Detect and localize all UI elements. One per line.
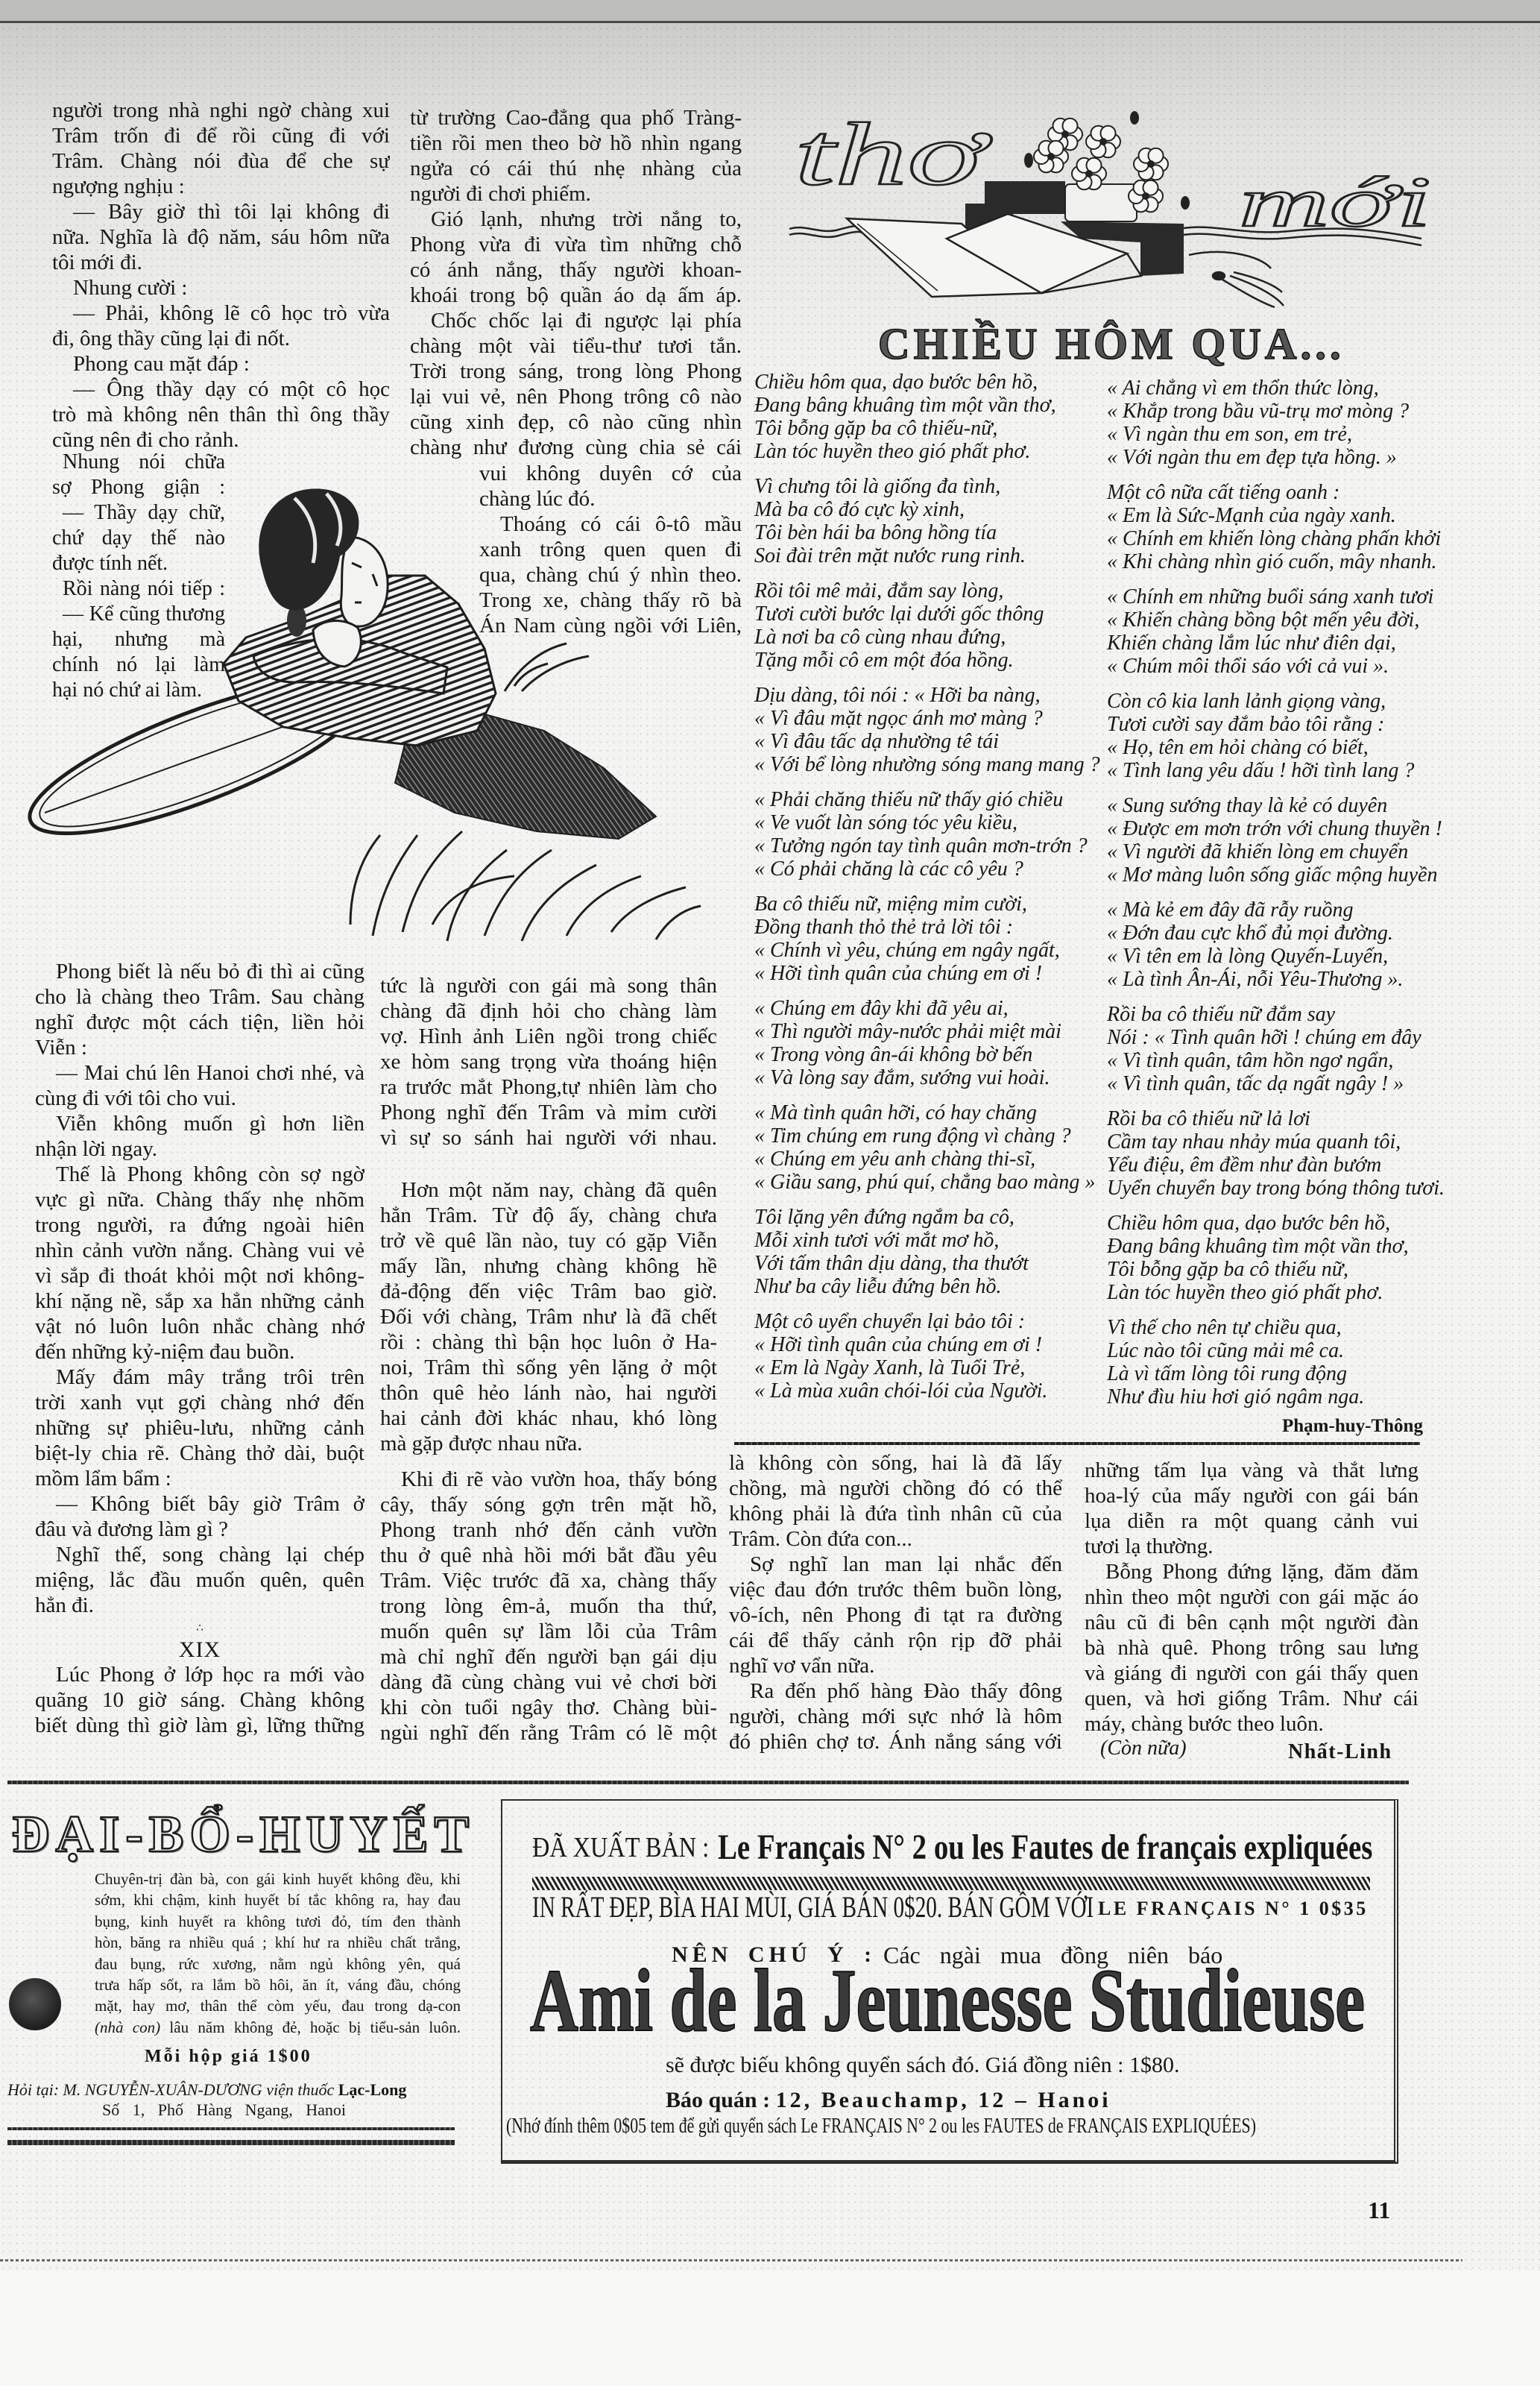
text-line: hai cảnh đời khác nhau, khó lòng [380,1406,717,1431]
ad-price: Mỗi hộp giá 1$00 [145,2047,312,2066]
story-bottom-column-1: Phong biết là nếu bỏ đi thì ai cũngcho l… [35,959,365,1738]
text-line: mà gặp được nhau nữa. [380,1431,717,1456]
verse-line: Tươi cười bước lại dưới gốc thông [754,602,1100,626]
verse-line: Làn tóc huyền theo gió phất phơ. [754,440,1100,463]
ad-address: Số 1, Phố Hàng Ngang, Hanoi [102,2100,346,2120]
text-line: Đối với chàng, Trâm như là đã chết [380,1304,717,1329]
ad-body-line: đau bụng, rức xương, nằm ngủ không yên, … [95,1954,461,1974]
verse-line: Chiều hôm qua, dạo bước bên hồ, [754,371,1100,394]
text-line: việc đau đớn trước thêm buồn lòng, [729,1577,1062,1602]
text-line: hẳn đi. [35,1593,365,1618]
page-number: 11 [1368,2198,1390,2222]
text-line: — Phải, không lẽ cô học trò vừa [52,300,390,326]
newspaper-page: { "page": { "number": "11" }, "story": {… [0,0,1540,2386]
verse-line: Cầm tay nhau nhảy múa quanh tôi, [1107,1130,1445,1153]
text-line: có ánh nắng, thấy người khoan- [410,257,742,283]
paragraph: tức là người con gái mà song thânchàng đ… [380,973,717,1150]
text-line: chàng một vài tiểu-thư tươi tắn. [410,333,742,359]
text-line: tôi mới đi. [52,250,390,275]
text-line: — Bây giờ thì tôi lại không đi [52,199,390,224]
verse-line: « Vì tên em là lòng Quyến-Luyến, [1107,945,1445,968]
text-line: mấy lần, nhưng chàng không hề [380,1253,717,1279]
verse-line: « Em là Ngày Xanh, là Tuổi Trẻ, [754,1356,1100,1379]
story-top-column-1: người trong nhà nghi ngờ chàng xuiTrâm t… [52,98,390,453]
text-line: Ra đến phố hàng Đào thấy đông [729,1678,1062,1704]
text-line: Trâm. Việc trước đã xa, chàng thấy [380,1568,717,1593]
text-line: lụa diễn ra một quang cảnh vui [1085,1508,1418,1534]
pill-dot-icon [9,1978,61,2030]
text-line: hoa-lý của mấy người con gái bán [1085,1483,1418,1508]
text-line: trong người, ra đứng ngoài hiên [35,1212,365,1238]
stanza: « Phải chăng thiếu nữ thấy gió chiều« Ve… [754,788,1100,881]
verse-line: « Vì đâu mặt ngọc ánh mơ màng ? [754,707,1100,730]
text-line: ngượng nghịu : [52,174,390,199]
text-line: Nghĩ thế, song chàng lại chép [35,1542,365,1567]
text-line: trời xanh vụt gợi chàng nhớ đến [35,1390,365,1415]
story-top-column-2: từ trường Cao-đẳng qua phố Tràng-tiền rồ… [410,105,742,460]
poem-column-1: Chiều hôm qua, dạo bước bên hồ,Đang bâng… [754,371,1100,1414]
text-line: Trời trong sáng, trong lòng Phong [410,359,742,384]
poem-bottom-rule [734,1442,1420,1445]
verse-line: « Là mùa xuân chói-lói của Người. [754,1379,1100,1403]
verse-line: Tôi bỗng gặp ba cô thiếu-nữ, [754,417,1100,440]
poem-title: CHIỀU HÔM QUA... [878,322,1345,366]
verse-line: « Đớn đau cực khổ đủ mọi đường. [1107,922,1445,945]
book-title: Le Français N° 2 ou les Fautes de frança… [718,1830,1372,1866]
text-line: trở về quê lần nào, tuy có gặp Viễn [380,1228,717,1253]
text-line: tươi lạ thường. [1085,1534,1418,1559]
poem-author: Phạm-huy-Thông [1282,1414,1423,1439]
poetry-header-art: thơ mới [783,89,1506,313]
office-address: Báo quán : 12, Beauchamp, 12 – Hanoi [666,2089,1111,2112]
story-author: Nhất-Linh [1288,1740,1392,1765]
text-line: Viễn : [35,1035,365,1060]
verse-line: Tôi bèn hái ba bông hồng tía [754,521,1100,544]
verse-line: « Có phải chăng là các cô yêu ? [754,857,1100,881]
text-line: nữa. Nghĩa là độ năm, sáu hôm nữa [52,224,390,250]
paragraph: Thế là Phong không còn sợ ngờvực gì nữa.… [35,1162,365,1364]
ad-contact-shop: Lạc-Long [334,2080,406,2099]
verse-line: « Tình lang yêu dấu ! hỡi tình lang ? [1107,759,1445,782]
verse-line: « Với bể lòng nhường sóng mang mang ? [754,753,1100,776]
text-line: Hơn một năm nay, chàng đã quên [380,1177,717,1203]
text-line: máy, chàng bước theo luôn. [1085,1711,1418,1737]
verse-line: Tặng mỗi cô em một đóa hồng. [754,649,1100,672]
paragraph: Lúc Phong ở lớp học ra mới vàoquãng 10 g… [35,1662,365,1738]
story-bottom-column-1-chapter-text: Lúc Phong ở lớp học ra mới vàoquãng 10 g… [35,1662,365,1738]
text-line: quen, và hơi giống Trâm. Như cái [1085,1686,1418,1711]
verse-line: Tôi lặng yên đứng ngắm ba cô, [754,1206,1100,1229]
stanza: Một cô nữa cất tiếng oanh :« Em là Sức-M… [1107,481,1445,573]
text-line: ngùi nghĩ đến rằng Trâm có lẽ một [380,1720,717,1746]
text-line: những sự phiêu-lưu, những cảnh [35,1415,365,1441]
text-line: vô-ích, nên Phong đi tạt ra đường [729,1602,1062,1628]
stanza: « Ai chẳng vì em thổn thức lòng,« Khắp t… [1107,377,1445,469]
text-line: chàng đã định hỏi cho chàng làm [380,998,717,1024]
ad-body-text: lâu năm không đẻ, hoặc bị tiểu-sản luôn. [160,2018,461,2036]
text-line: đó phiên chợ tơ. Ánh nắng sáng với [729,1729,1062,1754]
text-line: xe hòm sang trọng vừa thoáng hiện [380,1049,717,1074]
text-line: người, chàng mới sực nhớ là hôm [729,1704,1062,1729]
verse-line: Mỗi xinh tươi với mắt mơ hồ, [754,1229,1100,1252]
paragraph: Ra đến phố hàng Đào thấy đôngngười, chàn… [729,1678,1062,1754]
verse-line: « Em là Sức-Mạnh của ngày xanh. [1107,504,1445,527]
text-line: Lúc Phong ở lớp học ra mới vào [35,1662,365,1687]
text-line: mà chỉ nghĩ đến người bạn gái dịu [380,1644,717,1669]
text-line: Nhung cười : [52,275,390,300]
verse-line: « Chúm môi thổi sáo với cả vui ». [1107,655,1445,678]
verse-line: Làn tóc huyền theo gió phất phơ. [1107,1281,1445,1304]
verse-line: « Mà tình quân hỡi, có hay chăng [754,1101,1100,1124]
ads-top-rule [7,1781,1409,1784]
publication-name: Ami de la Jeunesse Studieuse [530,1956,1365,2045]
stanza: « Chính em những buổi sáng xanh tươi« Kh… [1107,585,1445,678]
verse-line: Đồng thanh thỏ thẻ trả lời tôi : [754,916,1100,939]
text-line: đả-động đến việc Trâm bao giờ. [380,1279,717,1304]
ad-body-line: mặt, hay mơ, thân thể còm yếu, đau trong… [95,1995,461,2016]
paragraph: những tấm lụa vàng và thắt lưnghoa-lý củ… [1085,1458,1418,1559]
ad-rule [7,2140,455,2145]
office-label: Báo quán : [666,2088,776,2112]
postage-note: (Nhớ đính thêm 0$05 tem để gửi quyển sác… [506,2116,1256,2137]
verse-line: Chiều hôm qua, dạo bước bên hồ, [1107,1212,1445,1235]
verse-line: « Mà kẻ em đây đã rẫy ruồng [1107,898,1445,922]
text-line: đâu và đương làm gì ? [35,1517,365,1542]
verse-line: « Là tình Ân-Ái, nỗi Yêu-Thương ». [1107,968,1445,991]
stanza: Vì chưng tôi là giống đa tình,Mà ba cô đ… [754,475,1100,567]
verse-line: Yểu điệu, êm đềm như đàn bướm [1107,1153,1445,1177]
verse-line: « Vì người đã khiến lòng em chuyển [1107,840,1445,863]
text-line: cây, thấy sóng gợn trên mặt hồ, [380,1492,717,1517]
to-be-continued-label: (Còn nữa) [1100,1736,1187,1761]
text-line: cho là chàng theo Trâm. Sau chàng [35,984,365,1010]
paragraph: — Không biết bây giờ Trâm ởđâu và đương … [35,1491,365,1542]
text-line: Phong tranh nhớ đến cảnh vườn [380,1517,717,1543]
verse-line: Vì thế cho nên tự chiều qua, [1107,1316,1445,1339]
chapter-number: XIX [35,1638,365,1662]
text-line: nghĩ được một cách tiện, liền hỏi [35,1010,365,1035]
text-line: người đi chơi phiếm. [410,181,742,207]
text-line: người trong nhà nghi ngờ chàng xui [52,98,390,123]
verse-line: Với tấm thân dịu dàng, tha thướt [754,1252,1100,1275]
verse-line: Một cô nữa cất tiếng oanh : [1107,481,1445,504]
verse-line: Mà ba cô đó cực kỳ xinh, [754,498,1100,521]
stanza: Chiều hôm qua, dạo bước bên hồ,Đang bâng… [1107,1212,1445,1304]
story-bottom-column-1-text: Phong biết là nếu bỏ đi thì ai cũngcho l… [35,959,365,1618]
text-line: đi, ông thầy cũng lại đi nốt. [52,326,390,351]
verse-line: Dịu dàng, tôi nói : « Hỡi ba nàng, [754,684,1100,707]
book-bundle-price: LE FRANÇAIS N° 1 0$35 [1098,1899,1369,1918]
verse-line: « Hỡi tình quân của chúng em ơi ! [754,962,1100,985]
paragraph: Khi đi rẽ vào vườn hoa, thấy bóngcây, th… [380,1467,717,1746]
text-line: tiền rồi men theo bờ hồ nhìn ngang [410,130,742,156]
verse-line: « Tưởng ngón tay tình quân mơn-trớn ? [754,834,1100,857]
paragraph: Viễn không muốn gì hơn liềnnhận lời ngay… [35,1111,365,1162]
paragraph: Phong biết là nếu bỏ đi thì ai cũngcho l… [35,959,365,1060]
text-line: — Mai chú lên Hanoi chơi nhé, và [35,1060,365,1086]
stanza: Còn cô kia lanh lảnh giọng vàng,Tươi cườ… [1107,690,1445,782]
verse-line: Uyển chuyển bay trong bóng thông tươi. [1107,1177,1445,1200]
verse-line: Đang bâng khuâng tìm một vần thơ, [1107,1235,1445,1258]
text-line: Gió lạnh, nhưng trời nắng to, [410,207,742,232]
verse-line: « Chúng em đây khi đã yêu ai, [754,997,1100,1020]
story-bottom-column-2: tức là người con gái mà song thânchàng đ… [380,973,717,1746]
verse-line: Vì chưng tôi là giống đa tình, [754,475,1100,498]
paragraph: Bỗng Phong đứng lặng, đăm đămnhìn theo m… [1085,1559,1418,1737]
text-line: Mấy đám mây trắng trôi trên [35,1364,365,1390]
verse-line: « Khiến chàng bồng bột mến yêu đời, [1107,608,1445,632]
stanza: Tôi lặng yên đứng ngắm ba cô,Mỗi xinh tư… [754,1206,1100,1298]
paragraph: Hơn một năm nay, chàng đã quênhẳn Trâm. … [380,1177,717,1456]
verse-line: « Giầu sang, phú quí, chẳng bao màng » [754,1171,1100,1194]
vase-shape [1065,184,1137,221]
verse-line: Như đìu hiu hơi gió ngâm nga. [1107,1385,1445,1408]
verse-line: « Vì đâu tấc dạ nhường tê tái [754,730,1100,753]
verse-line: Lúc nào tôi cũng mải mê ca. [1107,1339,1445,1362]
text-line: thu ở quê nhà hồi mới bắt đầu yêu [380,1543,717,1568]
verse-line: « Tim chúng em rung động vì chàng ? [754,1124,1100,1148]
verse-line: « Và lòng say đắm, sướng vui hoài. [754,1066,1100,1089]
verse-line: Còn cô kia lanh lảnh giọng vàng, [1107,690,1445,713]
text-line: noi, Trâm thì sống yên lặng ở một [380,1355,717,1380]
text-line: nâu cũ đi bên cạnh một người đàn [1085,1610,1418,1635]
paragraph: — Bây giờ thì tôi lại không đinữa. Nghĩa… [52,199,390,275]
page-top-rule [0,21,1540,23]
page-margin-bottom [0,2270,1540,2386]
text-line: Trâm trốn đi để rồi cũng đi với [52,123,390,148]
verse-line: Tôi bỗng gặp ba cô thiếu nữ, [1107,1258,1445,1281]
paragraph: Nghĩ thế, song chàng lại chépmiệng, lắc … [35,1542,365,1618]
stanza: Ba cô thiếu nữ, miệng mỉm cười,Đồng than… [754,893,1100,985]
text-line: Thế là Phong không còn sợ ngờ [35,1162,365,1187]
verse-line: Rồi tôi mê mải, đắm say lòng, [754,579,1100,602]
text-line: nhìn cảnh vườn nắng. Chàng vui vẻ [35,1238,365,1263]
story-bottom-column-4: những tấm lụa vàng và thắt lưnghoa-lý củ… [1085,1458,1418,1737]
paragraph: — Mai chú lên Hanoi chơi nhé, vàcùng đi … [35,1060,365,1111]
text-line: tức là người con gái mà song thân [380,973,717,998]
verse-line: « Vì tình quân, tâm hồn ngơ ngẩn, [1107,1049,1445,1072]
paragraph: từ trường Cao-đẳng qua phố Tràng-tiền rồ… [410,105,742,207]
ad-body-line: hòn, băng ra nhiều quá ; khí hư ra nhiều… [95,1932,461,1953]
published-label: ĐÃ XUẤT BẢN : [532,1833,709,1862]
ad-body-line: (nhà con) lâu năm không đẻ, hoặc bị tiểu… [95,2017,461,2038]
text-line: — Không biết bây giờ Trâm ở [35,1491,365,1517]
ad-contact: Hỏi tại: M. NGUYỄN-XUÂN-DƯƠNG viện thuốc… [7,2080,406,2100]
text-line: thôn quê hẻo lánh nào, hai người [380,1380,717,1406]
verse-line: « Hỡi tình quân của chúng em ơi ! [754,1333,1100,1356]
verse-line: « Ai chẳng vì em thổn thức lòng, [1107,377,1445,400]
text-line: vì sự so sánh hai người với nhau. [380,1125,717,1150]
text-line: nhận lời ngay. [35,1136,365,1162]
text-line: Sợ nghĩ lan man lại nhắc đến [729,1552,1062,1577]
text-line: nhìn theo một người con gái mặc áo [1085,1584,1418,1610]
verse-line: « Được em mơn trớn với chung thuyền ! [1107,817,1445,840]
verse-line: « Phải chăng thiếu nữ thấy gió chiều [754,788,1100,811]
text-line: Viễn không muốn gì hơn liền [35,1111,365,1136]
stanza: Vì thế cho nên tự chiều qua,Lúc nào tôi … [1107,1316,1445,1408]
ad-body-line: bụng, kinh huyết ra không tươi đỏ, tím đ… [95,1911,461,1932]
stanza: « Mà tình quân hỡi, có hay chăng« Tim ch… [754,1101,1100,1194]
text-line: và giáng đi người con gái thấy quen [1085,1661,1418,1686]
header-script-word-moi: mới [1239,162,1431,242]
text-line: nghĩ vơ vẩn nữa. [729,1653,1062,1678]
text-line: khoái trong bộ quần áo dạ ấm áp. [410,283,742,308]
text-line: chồng, mà người chồng đó có thể [729,1476,1062,1501]
poem-column-2: « Ai chẳng vì em thổn thức lòng,« Khắp t… [1107,377,1445,1420]
text-line: ra trước mắt Phong,tự nhiên làm cho [380,1074,717,1100]
page-bottom-rule [0,2259,1462,2261]
stanza: Rồi tôi mê mải, đắm say lòng,Tươi cười b… [754,579,1100,672]
subscription-offer: sẽ được biếu không quyển sách đó. Giá đồ… [666,2054,1180,2077]
verse-line: « Chính em khiến lòng chàng phấn khởi [1107,527,1445,550]
ad-title: ĐẠI-BỔ-HUYẾT [12,1809,475,1861]
paragraph: là không còn sống, hai là đã lấychồng, m… [729,1450,1062,1552]
office-street: 12, Beauchamp, 12 – Hanoi [776,2088,1111,2112]
verse-line: « Vì ngàn thu em son, em trẻ, [1107,423,1445,446]
paragraph: — Phải, không lẽ cô học trò vừađi, ông t… [52,300,390,351]
verse-line: Rồi ba cô thiếu nữ lả lơi [1107,1107,1445,1130]
text-line: trong lòng êm-ả, muốn tha thứ, [380,1593,717,1619]
verse-line: « Trong vòng ân-ái không bờ bến [754,1043,1100,1066]
text-line: vật nó luôn luôn nhắc chàng nhớ [35,1314,365,1339]
text-line: vì sắp đi thoát khỏi một nơi không- [35,1263,365,1288]
verse-line: Một cô uyển chuyển lại bảo tôi : [754,1310,1100,1333]
stanza: « Sung sướng thay là kẻ có duyên« Được e… [1107,794,1445,887]
ad-contact-person: Hỏi tại: M. NGUYỄN-XUÂN-DƯƠNG viện thuốc [7,2080,334,2099]
text-line: lại vui vẻ, nên Phong trông cô nào [410,384,742,409]
verse-line: Nói : « Tình quân hỡi ! chúng em đây [1107,1026,1445,1049]
text-line: Bỗng Phong đứng lặng, đăm đăm [1085,1559,1418,1584]
ad-body-italic: (nhà con) [95,2018,160,2036]
verse-line: Soi đài trên mặt nước rung rinh. [754,544,1100,567]
text-line: Phong cau mặt đáp : [52,351,390,377]
text-line: rồi : chàng thì bận học luôn ở Ha- [380,1329,717,1355]
verse-line: Khiến chàng lắm lúc như điên dại, [1107,632,1445,655]
text-line: là không còn sống, hai là đã lấy [729,1450,1062,1476]
text-line: khi còn tuổi ngây thơ. Chàng bùi- [380,1695,717,1720]
verse-line: Tươi cười say đắm bảo tôi rằng : [1107,713,1445,736]
story-bottom-column-3: là không còn sống, hai là đã lấychồng, m… [729,1450,1062,1754]
text-line: miệng, lắc đầu muốn quên, quên [35,1567,365,1593]
stanza: Một cô uyển chuyển lại bảo tôi :« Hỡi tì… [754,1310,1100,1403]
text-line: khí nặng nề, sắp xa hẳn những cảnh [35,1288,365,1314]
text-line: vực gì nữa. Chàng thấy nhẹ nhõm [35,1187,365,1212]
text-line: hẳn Trâm. Từ độ ấy, chàng chưa [380,1203,717,1228]
text-line: biệt-ly chia rẽ. Chàng thở dài, buột [35,1441,365,1466]
hatched-rule [532,1877,1370,1890]
text-line: bà nhà quê. Phong trông sau lưng [1085,1635,1418,1661]
verse-line: « Khắp trong bầu vũ-trụ mơ mòng ? [1107,400,1445,423]
text-line: dàng đã cùng chàng vui vẻ chơi bời [380,1669,717,1695]
text-line: Chốc chốc lại đi ngược lại phía [410,308,742,333]
stanza: Rồi ba cô thiếu nữ lả lơiCầm tay nhau nh… [1107,1107,1445,1200]
ami-jeunesse-advertisement: ĐÃ XUẤT BẢN : Le Français N° 2 ou les Fa… [501,1799,1398,2164]
section-ornament: ∴ [35,1618,365,1638]
stanza: Rồi ba cô thiếu nữ đắm sayNói : « Tình q… [1107,1003,1445,1095]
verse-line: Đang bâng khuâng tìm một vần thơ, [754,394,1100,417]
text-line: đến những kỷ-niệm đau buồn. [35,1339,365,1364]
ad-body-line: sớm, khi chậm, kinh huyết bí tắc không r… [95,1889,461,1910]
text-line: từ trường Cao-đẳng qua phố Tràng- [410,105,742,130]
text-line: Phong biết là nếu bỏ đi thì ai cũng [35,959,365,984]
verse-line: « Thì người mây-nước phải miệt mài [754,1020,1100,1043]
verse-line: « Khi chàng nhìn gió cuốn, mây nhanh. [1107,550,1445,573]
text-line: Phong vừa đi vừa tìm những chỗ [410,232,742,257]
scan-top-edge [0,0,1540,21]
stanza: « Mà kẻ em đây đã rẫy ruồng« Đớn đau cực… [1107,898,1445,991]
paragraph: người trong nhà nghi ngờ chàng xuiTrâm t… [52,98,390,199]
text-line: cùng đi với tôi cho vui. [35,1086,365,1111]
text-line: mồm lẩm bẩm : [35,1466,365,1491]
verse-line: Ba cô thiếu nữ, miệng mỉm cười, [754,893,1100,916]
text-line: ngửa có cái thú nhẹ nhàng của [410,156,742,181]
text-line: muốn quên sự lầm lỗi của Trâm [380,1619,717,1644]
text-line: Trâm. Còn đứa con... [729,1526,1062,1552]
verse-line: Như ba cây liễu đứng bên hồ. [754,1275,1100,1298]
verse-line: « Với ngàn thu em đẹp tựa hồng. » [1107,446,1445,469]
verse-line: « Chúng em yêu anh chàng thi-sĩ, [754,1148,1100,1171]
text-line: Khi đi rẽ vào vườn hoa, thấy bóng [380,1467,717,1492]
verse-line: Rồi ba cô thiếu nữ đắm say [1107,1003,1445,1026]
tassel [1189,252,1284,307]
verse-line: « Họ, tên em hỏi chàng có biết, [1107,736,1445,759]
verse-line: « Chính vì yêu, chúng em ngây ngất, [754,939,1100,962]
header-script-word-tho: thơ [795,104,992,204]
paragraph: Gió lạnh, nhưng trời nắng to,Phong vừa đ… [410,207,742,308]
paragraph: Mấy đám mây trắng trôi trêntrời xanh vụt… [35,1364,365,1491]
dai-bo-huyet-advertisement: ĐẠI-BỔ-HUYẾT Chuyên-trị đàn bà, con gái … [0,1804,477,2162]
text-line: biết dùng thì giờ làm gì, lững thững [35,1713,365,1738]
ad-body-line: Chuyên-trị đàn bà, con gái kinh huyết kh… [95,1869,461,1889]
text-line: quãng 10 giờ sáng. Chàng không [35,1687,365,1713]
paragraph: Nhung cười : [52,275,390,300]
paragraph: Sợ nghĩ lan man lại nhắc đếnviệc đau đớn… [729,1552,1062,1678]
stanza: Dịu dàng, tôi nói : « Hỡi ba nàng,« Vì đ… [754,684,1100,776]
stanza: « Chúng em đây khi đã yêu ai,« Thì người… [754,997,1100,1089]
text-line: Phong nghĩ đến Trâm và mỉm cười [380,1100,717,1125]
verse-line: « Sung sướng thay là kẻ có duyên [1107,794,1445,817]
ad-rule [7,2127,455,2130]
verse-line: « Mơ màng luôn sống giấc mộng huyền [1107,863,1445,887]
verse-line: « Chính em những buổi sáng xanh tươi [1107,585,1445,608]
woman-in-grass-illustration [0,410,716,947]
text-line: những tấm lụa vàng và thắt lưng [1085,1458,1418,1483]
ad-body-line: trưa hấp sốt, ra lắm bồ hôi, ăn ít, váng… [95,1974,461,1995]
verse-line: « Vì tình quân, tấc dạ ngất ngây ! » [1107,1072,1445,1095]
verse-line: « Ve vuốt làn sóng tóc yêu kiều, [754,811,1100,834]
paragraph: Phong cau mặt đáp : [52,351,390,377]
ad-body: Chuyên-trị đàn bà, con gái kinh huyết kh… [95,1869,461,2038]
text-line: vợ. Hình ảnh Liên ngồi trong chiếc [380,1024,717,1049]
text-line: cái để thấy cảnh rộn rịp đỡ phải [729,1628,1062,1653]
face-shape [341,537,388,626]
stanza: Chiều hôm qua, dạo bước bên hồ,Đang bâng… [754,371,1100,463]
verse-line: Là vì tấm lòng tôi rung động [1107,1362,1445,1385]
book-details: IN RẤT ĐẸP, BÌA HAI MÙI, GIÁ BÁN 0$20. B… [532,1892,1094,1922]
text-line: không phải là đứa tình nhân cũ của [729,1501,1062,1526]
verse-line: Là nơi ba cô cùng nhau đứng, [754,626,1100,649]
text-line: Trâm. Chàng nói đùa để che sự [52,148,390,174]
text-line: — Ông thầy dạy có một cô học [52,377,390,402]
